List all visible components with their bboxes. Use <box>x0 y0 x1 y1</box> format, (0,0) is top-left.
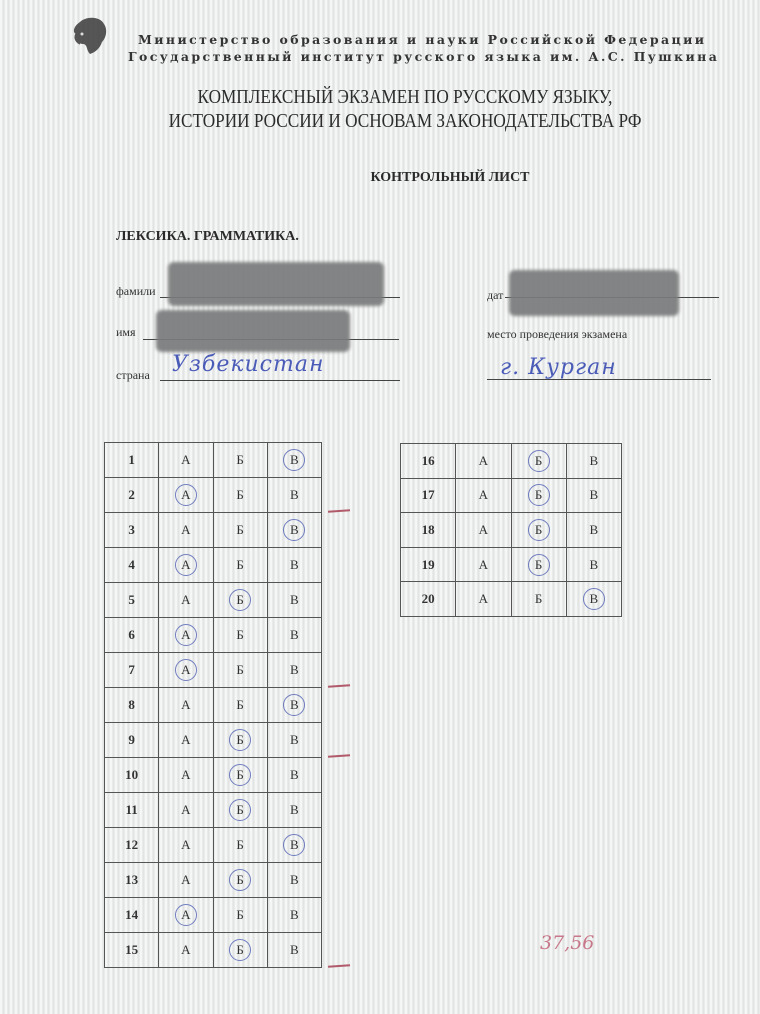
answer-row: 3АБВ <box>105 513 322 548</box>
option-cell[interactable]: Б <box>213 618 267 653</box>
question-number: 19 <box>401 547 456 582</box>
option-cell[interactable]: А <box>456 582 511 617</box>
question-number: 4 <box>105 548 159 583</box>
wrong-answer-mark <box>328 684 350 687</box>
option[interactable]: В <box>286 662 302 678</box>
answer-grid-1-15: 1АБВ2АБВ3АБВ4АБВ5АБВ6АБВ7АБВ8АБВ9АБВ10АБ… <box>104 442 322 968</box>
option-cell[interactable]: В <box>566 513 621 548</box>
selected-option[interactable]: Б <box>232 592 248 608</box>
answer-row: 12АБВ <box>105 828 322 863</box>
answer-row: 9АБВ <box>105 723 322 758</box>
option-cell[interactable]: Б <box>213 688 267 723</box>
option-cell[interactable]: Б <box>213 548 267 583</box>
selected-option[interactable]: Б <box>531 522 547 538</box>
answer-row: 10АБВ <box>105 758 322 793</box>
option-cell[interactable]: А <box>159 653 213 688</box>
answer-row: 16АБВ <box>401 444 622 479</box>
wrong-answer-mark <box>328 964 350 967</box>
question-number: 3 <box>105 513 159 548</box>
selected-option[interactable]: Б <box>232 872 248 888</box>
option-cell[interactable]: В <box>267 618 321 653</box>
option[interactable]: А <box>178 872 194 888</box>
question-number: 1 <box>105 443 159 478</box>
question-number: 7 <box>105 653 159 688</box>
option[interactable]: Б <box>232 557 248 573</box>
option-cell[interactable]: А <box>159 688 213 723</box>
option[interactable]: В <box>286 872 302 888</box>
option-cell[interactable]: Б <box>213 653 267 688</box>
option-cell[interactable]: Б <box>511 547 566 582</box>
selected-option[interactable]: Б <box>232 732 248 748</box>
option[interactable]: В <box>286 557 302 573</box>
option-cell[interactable]: В <box>267 898 321 933</box>
question-number: 12 <box>105 828 159 863</box>
option-cell[interactable]: В <box>267 758 321 793</box>
option-cell[interactable]: А <box>159 863 213 898</box>
option[interactable]: А <box>178 767 194 783</box>
answer-row: 11АБВ <box>105 793 322 828</box>
question-number: 20 <box>401 582 456 617</box>
answer-row: 20АБВ <box>401 582 622 617</box>
question-number: 17 <box>401 478 456 513</box>
answer-row: 15АБВ <box>105 933 322 968</box>
selected-option[interactable]: А <box>178 662 194 678</box>
option-cell[interactable]: В <box>267 583 321 618</box>
question-number: 13 <box>105 863 159 898</box>
exam-title-line-1: КОМПЛЕКСНЫЙ ЭКЗАМЕН ПО РУССКОМУ ЯЗЫКУ, <box>126 85 685 109</box>
option[interactable]: А <box>178 802 194 818</box>
date-label: дат <box>487 288 503 303</box>
question-number: 18 <box>401 513 456 548</box>
option[interactable]: А <box>475 453 491 469</box>
option-cell[interactable]: В <box>267 933 321 968</box>
option[interactable]: В <box>286 487 302 503</box>
option-cell[interactable]: А <box>456 444 511 479</box>
selected-option[interactable]: В <box>286 837 302 853</box>
option[interactable]: А <box>178 942 194 958</box>
score: 37,56 <box>540 932 594 954</box>
question-number: 15 <box>105 933 159 968</box>
option[interactable]: В <box>586 453 602 469</box>
option-cell[interactable]: В <box>267 653 321 688</box>
selected-option[interactable]: Б <box>232 802 248 818</box>
option-cell[interactable]: Б <box>511 582 566 617</box>
answer-row: 19АБВ <box>401 547 622 582</box>
option-cell[interactable]: А <box>159 898 213 933</box>
option-cell[interactable]: А <box>159 723 213 758</box>
option-cell[interactable]: В <box>566 547 621 582</box>
option-cell[interactable]: В <box>267 513 321 548</box>
selected-option[interactable]: Б <box>531 487 547 503</box>
option-cell[interactable]: В <box>267 828 321 863</box>
option[interactable]: Б <box>232 522 248 538</box>
option[interactable]: Б <box>232 487 248 503</box>
option-cell[interactable]: А <box>159 583 213 618</box>
answer-row: 18АБВ <box>401 513 622 548</box>
option-cell[interactable]: Б <box>213 758 267 793</box>
option[interactable]: В <box>286 942 302 958</box>
answer-grid-16-20: 16АБВ17АБВ18АБВ19АБВ20АБВ <box>400 443 622 617</box>
option[interactable]: В <box>586 557 602 573</box>
option[interactable]: Б <box>232 627 248 643</box>
option-cell[interactable]: А <box>159 793 213 828</box>
option-cell[interactable]: А <box>159 758 213 793</box>
selected-option[interactable]: А <box>178 627 194 643</box>
question-number: 6 <box>105 618 159 653</box>
option[interactable]: В <box>286 732 302 748</box>
option[interactable]: В <box>586 487 602 503</box>
selected-option[interactable]: В <box>286 697 302 713</box>
option-cell[interactable]: Б <box>213 513 267 548</box>
pushkin-logo-icon <box>66 14 112 58</box>
country-label: страна <box>116 368 150 383</box>
option-cell[interactable]: В <box>267 478 321 513</box>
option-cell[interactable]: В <box>267 863 321 898</box>
option-cell[interactable]: Б <box>213 933 267 968</box>
selected-option[interactable]: А <box>178 557 194 573</box>
option-cell[interactable]: А <box>456 478 511 513</box>
institute-line: Государственный институт русского языка … <box>128 48 728 65</box>
option[interactable]: А <box>475 522 491 538</box>
wrong-answer-mark <box>328 509 350 512</box>
question-number: 11 <box>105 793 159 828</box>
option[interactable]: В <box>286 767 302 783</box>
option-cell[interactable]: А <box>456 513 511 548</box>
option[interactable]: А <box>178 522 194 538</box>
question-number: 2 <box>105 478 159 513</box>
option-cell[interactable]: В <box>566 444 621 479</box>
option[interactable]: В <box>586 522 602 538</box>
answer-row: 7АБВ <box>105 653 322 688</box>
selected-option[interactable]: Б <box>531 557 547 573</box>
option[interactable]: А <box>178 732 194 748</box>
answer-row: 5АБВ <box>105 583 322 618</box>
name-label: имя <box>116 325 136 340</box>
option-cell[interactable]: В <box>267 548 321 583</box>
option[interactable]: А <box>178 837 194 853</box>
option-cell[interactable]: В <box>566 478 621 513</box>
option-cell[interactable]: А <box>159 513 213 548</box>
option-cell[interactable]: Б <box>511 513 566 548</box>
option[interactable]: Б <box>232 452 248 468</box>
country-field[interactable] <box>160 380 400 381</box>
answer-row: 8АБВ <box>105 688 322 723</box>
option-cell[interactable]: А <box>159 618 213 653</box>
question-number: 5 <box>105 583 159 618</box>
option-cell[interactable]: В <box>267 793 321 828</box>
option-cell[interactable]: А <box>159 478 213 513</box>
option-cell[interactable]: Б <box>213 478 267 513</box>
answer-row: 1АБВ <box>105 443 322 478</box>
option-cell[interactable]: А <box>159 933 213 968</box>
option-cell[interactable]: А <box>456 547 511 582</box>
answer-row: 17АБВ <box>401 478 622 513</box>
question-number: 8 <box>105 688 159 723</box>
option[interactable]: А <box>178 592 194 608</box>
option[interactable]: А <box>475 591 491 607</box>
option[interactable]: А <box>475 487 491 503</box>
answer-row: 13АБВ <box>105 863 322 898</box>
option-cell[interactable]: Б <box>213 898 267 933</box>
option[interactable]: Б <box>232 837 248 853</box>
date-redaction <box>509 270 679 316</box>
ministry-line: Министерство образования и науки Российс… <box>128 31 728 48</box>
option[interactable]: В <box>286 907 302 923</box>
selected-option[interactable]: В <box>286 522 302 538</box>
option-cell[interactable]: Б <box>511 478 566 513</box>
question-number: 9 <box>105 723 159 758</box>
option-cell[interactable]: Б <box>213 583 267 618</box>
question-number: 10 <box>105 758 159 793</box>
option-cell[interactable]: А <box>159 828 213 863</box>
option-cell[interactable]: В <box>267 443 321 478</box>
option-cell[interactable]: В <box>267 688 321 723</box>
answer-row: 2АБВ <box>105 478 322 513</box>
option-cell[interactable]: Б <box>213 863 267 898</box>
option[interactable]: Б <box>232 697 248 713</box>
venue-value: г. Курган <box>500 355 617 380</box>
surname-label: фамили <box>116 284 156 299</box>
wrong-answer-mark <box>328 754 350 757</box>
name-redaction <box>156 310 350 352</box>
question-number: 14 <box>105 898 159 933</box>
option-cell[interactable]: Б <box>213 828 267 863</box>
surname-redaction <box>168 262 384 306</box>
option-cell[interactable]: Б <box>213 723 267 758</box>
option[interactable]: А <box>178 452 194 468</box>
selected-option[interactable]: В <box>586 591 602 607</box>
option-cell[interactable]: В <box>267 723 321 758</box>
option[interactable]: Б <box>232 662 248 678</box>
selected-option[interactable]: Б <box>531 453 547 469</box>
option[interactable]: Б <box>531 591 547 607</box>
section-title: ЛЕКСИКА. ГРАММАТИКА. <box>116 229 299 245</box>
option-cell[interactable]: Б <box>511 444 566 479</box>
option[interactable]: А <box>178 697 194 713</box>
answer-row: 4АБВ <box>105 548 322 583</box>
answer-row: 6АБВ <box>105 618 322 653</box>
venue-label: место проведения экзамена <box>487 327 627 342</box>
option[interactable]: В <box>286 802 302 818</box>
option-cell[interactable]: А <box>159 443 213 478</box>
option[interactable]: В <box>286 627 302 643</box>
exam-title-line-2: ИСТОРИИ РОССИИ И ОСНОВАМ ЗАКОНОДАТЕЛЬСТВ… <box>126 109 685 133</box>
option-cell[interactable]: Б <box>213 443 267 478</box>
option-cell[interactable]: А <box>159 548 213 583</box>
selected-option[interactable]: Б <box>232 767 248 783</box>
option-cell[interactable]: В <box>566 582 621 617</box>
option[interactable]: А <box>475 557 491 573</box>
country-value: Узбекистан <box>172 352 324 377</box>
sheet-title: КОНТРОЛЬНЫЙ ЛИСТ <box>300 170 600 186</box>
question-number: 16 <box>401 444 456 479</box>
answer-row: 14АБВ <box>105 898 322 933</box>
selected-option[interactable]: А <box>178 487 194 503</box>
option[interactable]: Б <box>232 907 248 923</box>
selected-option[interactable]: А <box>178 907 194 923</box>
exam-title: КОМПЛЕКСНЫЙ ЭКЗАМЕН ПО РУССКОМУ ЯЗЫКУ, И… <box>126 85 685 133</box>
ministry-header: Министерство образования и науки Российс… <box>128 31 728 65</box>
option-cell[interactable]: Б <box>213 793 267 828</box>
option[interactable]: В <box>286 592 302 608</box>
selected-option[interactable]: Б <box>232 942 248 958</box>
selected-option[interactable]: В <box>286 452 302 468</box>
